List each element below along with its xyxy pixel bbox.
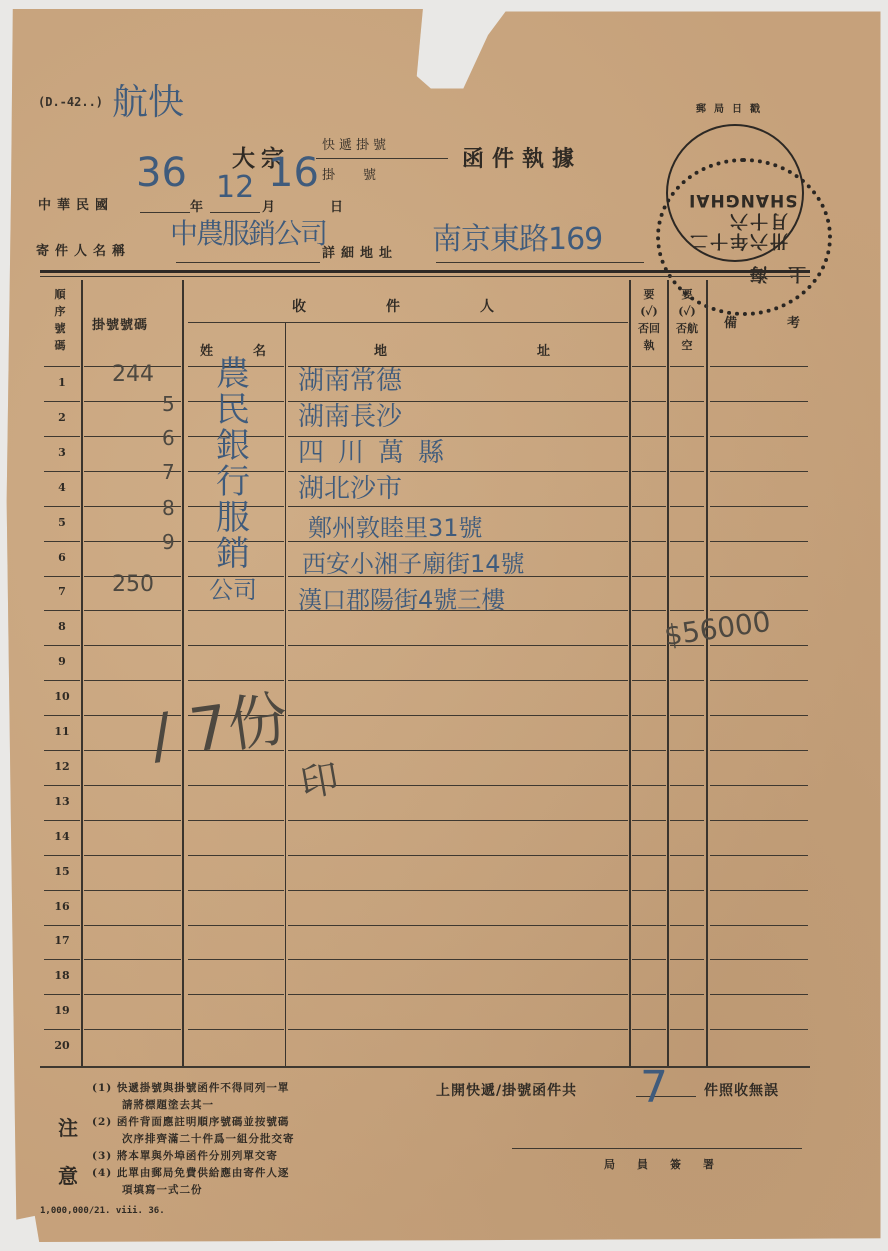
row-divider bbox=[670, 715, 704, 716]
date-day-value[interactable]: 16 bbox=[268, 150, 319, 196]
form-code: (D.-42..) bbox=[38, 95, 103, 109]
row-seq-number: 7 bbox=[44, 585, 80, 598]
row-divider bbox=[188, 994, 284, 995]
recipient-name-char-3: 銀 bbox=[208, 428, 258, 464]
note-item-1-cont: 請將標題塗去其一 bbox=[92, 1097, 295, 1114]
title-type-option-registered: 掛號 bbox=[322, 164, 404, 183]
row-divider bbox=[188, 1029, 284, 1030]
row-divider bbox=[670, 401, 704, 402]
col-line-address bbox=[629, 280, 631, 1066]
row-divider bbox=[84, 680, 181, 681]
row-divider bbox=[84, 820, 181, 821]
postmark-caption: 郵局日戳 bbox=[696, 100, 768, 115]
row-divider bbox=[44, 680, 80, 681]
note-item-2: (2) 函件背面應註明順序號碼並按號碼 bbox=[92, 1114, 295, 1131]
address-row-6[interactable]: 西安小湘子廟街14號 bbox=[302, 544, 525, 579]
row-divider bbox=[632, 715, 666, 716]
row-divider bbox=[710, 715, 808, 716]
row-divider bbox=[84, 785, 181, 786]
postmark-date: 卅六年十二月十六 bbox=[688, 210, 788, 250]
signature-line bbox=[512, 1148, 802, 1149]
row-divider bbox=[44, 820, 80, 821]
title-type-option-express: 快遞掛號 bbox=[322, 134, 390, 153]
row-divider bbox=[288, 506, 628, 507]
row-seq-number: 9 bbox=[44, 655, 80, 668]
sender-address-underline bbox=[436, 262, 644, 263]
row-divider bbox=[44, 541, 80, 542]
row-divider bbox=[670, 890, 704, 891]
row-divider bbox=[632, 436, 666, 437]
date-year-value[interactable]: 36 bbox=[136, 150, 187, 196]
row-seq-number: 6 bbox=[44, 551, 80, 564]
row-divider bbox=[188, 925, 284, 926]
row-divider bbox=[188, 855, 284, 856]
sender-address-value[interactable]: 南京東路169 bbox=[432, 214, 602, 258]
row-divider bbox=[632, 506, 666, 507]
row-divider bbox=[84, 645, 181, 646]
note-item-4: (4) 此單由郵局免費供給應由寄件人逐 bbox=[92, 1165, 295, 1182]
regno-last[interactable]: 250 bbox=[112, 572, 154, 597]
sender-name-value[interactable]: 中農服銷公司 bbox=[170, 212, 326, 252]
row-divider bbox=[288, 820, 628, 821]
row-divider bbox=[188, 610, 284, 611]
address-row-2[interactable]: 湖南長沙 bbox=[298, 396, 402, 433]
row-divider bbox=[670, 820, 704, 821]
row-divider bbox=[710, 471, 808, 472]
row-divider bbox=[710, 576, 808, 577]
date-month-value[interactable]: 12 bbox=[216, 170, 254, 205]
row-divider bbox=[44, 959, 80, 960]
row-divider bbox=[632, 576, 666, 577]
signature-label: 局員簽署 bbox=[604, 1156, 736, 1172]
row-divider bbox=[670, 1029, 704, 1030]
row-divider bbox=[632, 959, 666, 960]
row-divider bbox=[84, 925, 181, 926]
recipient-name-char-5: 服 bbox=[208, 500, 258, 536]
row-divider bbox=[44, 715, 80, 716]
row-seq-number: 14 bbox=[44, 830, 80, 843]
address-row-5[interactable]: 鄭州敦睦里31號 bbox=[308, 508, 483, 543]
header-bottom-divider bbox=[710, 366, 808, 367]
row-divider bbox=[632, 994, 666, 995]
address-row-4[interactable]: 湖北沙市 bbox=[298, 468, 402, 505]
row-divider bbox=[44, 436, 80, 437]
row-divider bbox=[288, 855, 628, 856]
title-suffix: 函件執據 bbox=[462, 142, 582, 173]
regno-ditto-2[interactable]: 5 bbox=[162, 392, 175, 416]
row-divider bbox=[632, 541, 666, 542]
regno-first[interactable]: 244 bbox=[112, 362, 154, 387]
notes-list: (1) 快遞掛號與掛號函件不得同列一單 請將標題塗去其一 (2) 函件背面應註明… bbox=[92, 1080, 295, 1199]
row-divider bbox=[44, 1029, 80, 1030]
row-divider bbox=[670, 855, 704, 856]
header-bottom-divider bbox=[670, 366, 704, 367]
row-divider bbox=[44, 785, 80, 786]
row-divider bbox=[670, 959, 704, 960]
sender-name-underline bbox=[176, 262, 320, 263]
col-line-receipt bbox=[667, 280, 669, 1066]
header-recipient-group: 收件人 bbox=[292, 296, 574, 316]
table-top-rule-thin bbox=[40, 276, 810, 277]
row-divider bbox=[632, 401, 666, 402]
header-bottom-divider bbox=[44, 366, 80, 367]
row-divider bbox=[188, 959, 284, 960]
row-divider bbox=[44, 471, 80, 472]
row-divider bbox=[710, 750, 808, 751]
row-seq-number: 20 bbox=[44, 1039, 80, 1052]
row-divider bbox=[710, 890, 808, 891]
row-divider bbox=[670, 610, 704, 611]
regno-ditto-3[interactable]: 6 bbox=[162, 426, 175, 450]
date-day-label: 日 bbox=[330, 196, 349, 215]
recipient-name-char-4: 行 bbox=[208, 464, 258, 500]
regno-ditto-5[interactable]: 8 bbox=[162, 496, 175, 520]
row-seq-number: 19 bbox=[44, 1004, 80, 1017]
row-divider bbox=[710, 785, 808, 786]
col-line-seq bbox=[81, 280, 83, 1066]
col-line-name bbox=[285, 322, 286, 1066]
recipient-name-char-1: 農 bbox=[208, 356, 258, 392]
sender-name-label: 寄件人名稱 bbox=[36, 240, 131, 259]
header-remarks: 備考 bbox=[724, 312, 850, 331]
row-seq-number: 2 bbox=[44, 411, 80, 424]
row-seq-number: 3 bbox=[44, 446, 80, 459]
header-regno: 掛號號碼 bbox=[92, 314, 148, 333]
row-divider bbox=[632, 750, 666, 751]
row-seq-number: 18 bbox=[44, 969, 80, 982]
row-divider bbox=[84, 959, 181, 960]
row-divider bbox=[632, 820, 666, 821]
note-item-1: (1) 快遞掛號與掛號函件不得同列一單 bbox=[92, 1080, 295, 1097]
row-seq-number: 10 bbox=[44, 690, 80, 703]
col-line-airmail bbox=[706, 280, 708, 1066]
row-divider bbox=[632, 785, 666, 786]
row-divider bbox=[288, 645, 628, 646]
row-divider bbox=[710, 436, 808, 437]
row-divider bbox=[188, 645, 284, 646]
table-bottom-rule bbox=[40, 1066, 810, 1068]
row-divider bbox=[710, 925, 808, 926]
row-seq-number: 15 bbox=[44, 865, 80, 878]
row-seq-number: 13 bbox=[44, 795, 80, 808]
row-divider bbox=[84, 890, 181, 891]
table-top-rule bbox=[40, 270, 810, 273]
row-divider bbox=[188, 890, 284, 891]
row-seq-number: 12 bbox=[44, 760, 80, 773]
row-divider bbox=[44, 855, 80, 856]
row-divider bbox=[710, 820, 808, 821]
row-divider bbox=[288, 750, 628, 751]
header-seq: 順序號碼 bbox=[50, 286, 70, 354]
row-divider bbox=[710, 541, 808, 542]
row-divider bbox=[44, 750, 80, 751]
row-divider bbox=[632, 471, 666, 472]
row-divider bbox=[670, 925, 704, 926]
row-divider bbox=[288, 715, 628, 716]
row-divider bbox=[670, 436, 704, 437]
col-line-regno bbox=[182, 280, 184, 1066]
row-divider bbox=[710, 1029, 808, 1030]
row-divider bbox=[670, 576, 704, 577]
row-divider bbox=[632, 610, 666, 611]
row-divider bbox=[44, 994, 80, 995]
row-divider bbox=[44, 645, 80, 646]
note-item-2-cont: 次序排齊滿二十件爲一組分批交寄 bbox=[92, 1131, 295, 1148]
row-divider bbox=[670, 994, 704, 995]
sender-address-label: 詳細地址 bbox=[322, 242, 398, 261]
row-divider bbox=[44, 925, 80, 926]
header-airmail: 要(✓)否航空 bbox=[674, 286, 700, 354]
notes-label: 注意 bbox=[58, 1104, 78, 1200]
title-divider bbox=[316, 158, 448, 159]
recipient-name-char-2: 民 bbox=[208, 392, 258, 428]
row-divider bbox=[288, 680, 628, 681]
row-divider bbox=[632, 925, 666, 926]
note-item-4-cont: 項填寫一式二份 bbox=[92, 1182, 295, 1199]
row-seq-number: 11 bbox=[44, 725, 80, 738]
row-seq-number: 4 bbox=[44, 481, 80, 494]
row-divider bbox=[44, 506, 80, 507]
row-divider bbox=[84, 855, 181, 856]
row-seq-number: 16 bbox=[44, 900, 80, 913]
row-divider bbox=[632, 645, 666, 646]
row-divider bbox=[288, 994, 628, 995]
row-divider bbox=[288, 959, 628, 960]
row-seq-number: 8 bbox=[44, 620, 80, 633]
address-row-7[interactable]: 漢口郡陽街4號三樓 bbox=[298, 580, 505, 615]
row-divider bbox=[710, 401, 808, 402]
row-divider bbox=[288, 925, 628, 926]
header-recipient-divider bbox=[188, 322, 628, 323]
row-divider bbox=[670, 471, 704, 472]
summary-text-before: 上開快遞/掛號函件共 bbox=[436, 1080, 577, 1100]
row-divider bbox=[84, 994, 181, 995]
row-divider bbox=[44, 610, 80, 611]
postmark-city-cn: 上海 bbox=[730, 262, 806, 288]
row-divider bbox=[288, 890, 628, 891]
row-divider bbox=[632, 1029, 666, 1030]
address-row-3[interactable]: 四川萬縣 bbox=[298, 432, 458, 469]
summary-count[interactable]: 7 bbox=[640, 1062, 668, 1113]
regno-ditto-6[interactable]: 9 bbox=[162, 530, 175, 554]
recipient-name-char-7: 公司 bbox=[208, 572, 258, 608]
row-divider bbox=[84, 610, 181, 611]
row-divider bbox=[44, 401, 80, 402]
recipient-name-vertical[interactable]: 農 民 銀 行 服 銷 公司 bbox=[208, 356, 258, 608]
postmark-city-en: SHANGHAI bbox=[688, 190, 798, 210]
print-code: 1,000,000/21. viii. 36. bbox=[40, 1206, 165, 1216]
row-divider bbox=[44, 890, 80, 891]
recipient-name-char-6: 銷 bbox=[208, 536, 258, 572]
row-seq-number: 5 bbox=[44, 516, 80, 529]
row-divider bbox=[44, 576, 80, 577]
row-seq-number: 17 bbox=[44, 934, 80, 947]
row-divider bbox=[632, 890, 666, 891]
row-seq-number: 1 bbox=[44, 376, 80, 389]
row-divider bbox=[670, 680, 704, 681]
date-era-label: 中華民國 bbox=[38, 194, 114, 213]
row-divider bbox=[710, 959, 808, 960]
row-divider bbox=[710, 506, 808, 507]
address-row-1[interactable]: 湖南常德 bbox=[298, 360, 402, 397]
row-divider bbox=[670, 541, 704, 542]
row-divider bbox=[632, 855, 666, 856]
handwritten-airmail-note: 航快 bbox=[112, 74, 184, 125]
row-divider bbox=[710, 680, 808, 681]
header-bottom-divider bbox=[632, 366, 666, 367]
row-divider bbox=[84, 1029, 181, 1030]
row-divider bbox=[710, 645, 808, 646]
row-divider bbox=[670, 785, 704, 786]
row-divider bbox=[188, 785, 284, 786]
row-divider bbox=[632, 680, 666, 681]
summary-text-after: 件照收無誤 bbox=[704, 1080, 779, 1100]
row-divider bbox=[710, 855, 808, 856]
note-item-3: (3) 將本單與外埠函件分別列單交寄 bbox=[92, 1148, 295, 1165]
row-divider bbox=[670, 750, 704, 751]
row-divider bbox=[710, 994, 808, 995]
row-divider bbox=[670, 506, 704, 507]
header-return-receipt: 要(✓)否回執 bbox=[636, 286, 662, 354]
row-divider bbox=[288, 1029, 628, 1030]
regno-ditto-4[interactable]: 7 bbox=[162, 460, 175, 484]
row-divider bbox=[188, 820, 284, 821]
